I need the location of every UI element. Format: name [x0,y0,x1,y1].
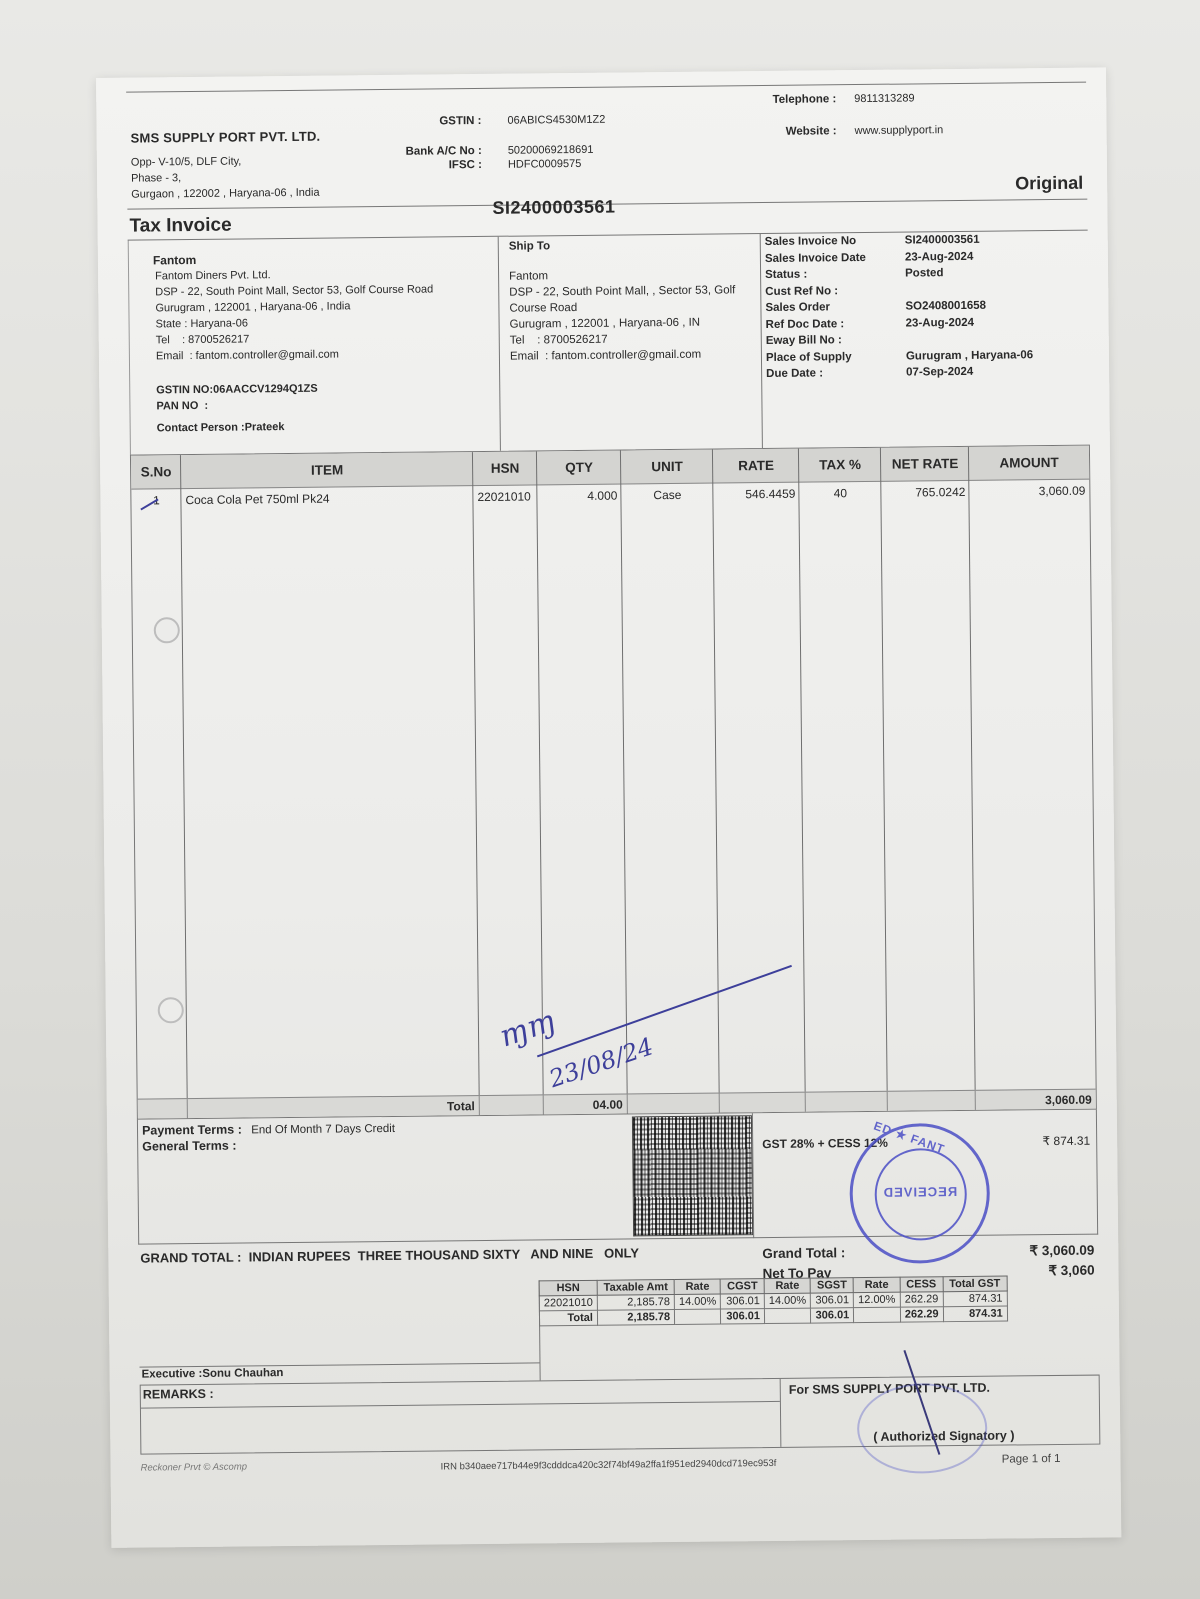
executive-name: Executive :Sonu Chauhan [142,1367,284,1380]
document-title: Tax Invoice [129,215,231,238]
invoice-meta: Sales Invoice NoSI2400003561Sales Invoic… [761,231,1090,448]
payment-terms: Payment Terms : End Of Month 7 Days Cred… [142,1121,395,1154]
website-link[interactable]: www.supplyport.in [855,124,944,137]
ship-to: Ship To Fantom DSP - 22, South Point Mal… [499,234,763,451]
qr-code [632,1115,753,1236]
items-table-columns [131,446,1096,1119]
seller-bank: Bank A/C No : 50200069218691 [372,144,594,158]
remarks-section: REMARKS : For SMS SUPPLY PORT PVT. LTD. … [140,1375,1101,1455]
tax-summary-amount: ₹ 874.31 [1042,1134,1090,1148]
seller-website: Website : www.supplyport.in [727,124,944,138]
party-details: Fantom Fantom Diners Pvt. Ltd. DSP - 22,… [128,230,1090,455]
seller-header: SMS SUPPLY PORT PVT. LTD. Opp- V-10/5, D… [126,82,1087,210]
invoice-number-heading: SI2400003561 [492,197,615,219]
invoice-paper: SMS SUPPLY PORT PVT. LTD. Opp- V-10/5, D… [96,67,1121,1547]
page-number: Page 1 of 1 [1002,1453,1061,1466]
contact-person: Contact Person :Prateek [157,417,474,436]
grand-total-value: ₹ 3,060.09 [1029,1241,1094,1262]
seller-address: Opp- V-10/5, DLF City, Phase - 3, Gurgao… [131,153,320,203]
copy-type-label: Original [1015,173,1083,195]
signatory-box: For SMS SUPPLY PORT PVT. LTD. ( Authoriz… [781,1376,1100,1447]
irn: IRN b340aee717b44e9f3cdddca420c32f74bf49… [441,1458,777,1473]
received-stamp: RECEIVED ED ★ FANT [849,1123,990,1264]
hsn-summary-area: HSNTaxable AmtRateCGSTRateSGSTRateCESSTo… [139,1275,1100,1385]
software-credit: Reckoner Prvt © Ascomp [141,1461,248,1473]
seller-telephone: Telephone : 9811313289 [726,92,914,106]
seller-name: SMS SUPPLY PORT PVT. LTD. [131,129,321,146]
amount-in-words: GRAND TOTAL : INDIAN RUPEES THREE THOUSA… [140,1245,639,1265]
remarks-label: REMARKS : [143,1387,214,1402]
items-table: S.NoITEMHSNQTYUNITRATETAX %NET RATEAMOUN… [130,445,1097,1120]
hsn-summary-table: HSNTaxable AmtRateCGSTRateSGSTRateCESSTo… [539,1276,1008,1327]
seller-gstin: GSTIN : 06ABICS4530M1Z2 [371,114,605,128]
invoice-sheet: SMS SUPPLY PORT PVT. LTD. Opp- V-10/5, D… [126,82,1100,1479]
seller-ifsc: IFSC : HDFC0009575 [372,158,581,172]
bill-to: Fantom Fantom Diners Pvt. Ltd. DSP - 22,… [129,237,501,455]
meta-row: Due Date :07-Sep-2024 [766,363,1085,383]
